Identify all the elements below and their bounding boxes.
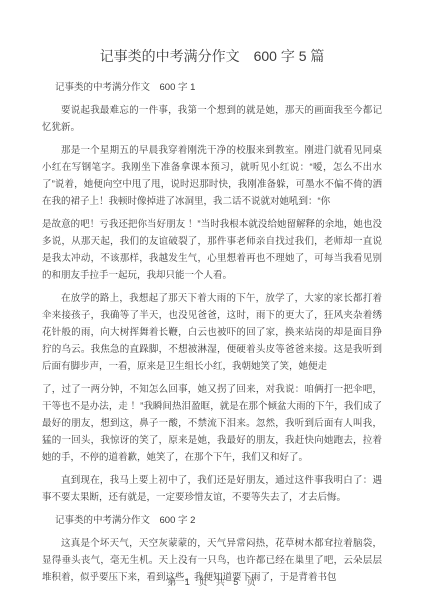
- document-title: 记事类的中考满分作文 600 字 5 篇: [42, 46, 382, 66]
- document-content: 记事类的中考满分作文 600 字 5 篇 记事类的中考满分作文 600 字 1 …: [0, 0, 423, 586]
- section-heading-essay-2: 记事类的中考满分作文 600 字 2: [42, 512, 382, 529]
- essay1-paragraph-5: 了，过了一两分钟，不知怎么回事，她又拐了回来，对我说：咱俩打一把伞吧，干等也不是…: [42, 381, 382, 466]
- essay1-paragraph-6: 直到现在，我马上要上初中了，我们还是好朋友，通过这件事我明白了：遇事不要太果断，…: [42, 472, 382, 506]
- page-number-footer: 第 1 页 共 5 页: [0, 575, 423, 588]
- document-page: 记事类的中考满分作文 600 字 5 篇 记事类的中考满分作文 600 字 1 …: [0, 0, 423, 600]
- essay1-paragraph-4: 在放学的路上，我想起了那天下着大雨的下午，放学了，大家的家长都打着伞来接孩子，我…: [42, 290, 382, 375]
- essay1-paragraph-3: 是故意的吧！亏我还把你当好朋友 ！”当时我根本就没给她留解释的余地，她也没多说，…: [42, 216, 382, 284]
- essay1-paragraph-1: 要说起我最难忘的一件事，我第一个想到的就是她，那天的画面我至今都记忆犹新。: [42, 102, 382, 136]
- essay1-paragraph-2: 那是一个星期五的早晨我穿着刚洗干净的校服来到教室。刚进门就看见同桌小红在写钢笔字…: [42, 142, 382, 210]
- section-heading-essay-1: 记事类的中考满分作文 600 字 1: [42, 79, 382, 96]
